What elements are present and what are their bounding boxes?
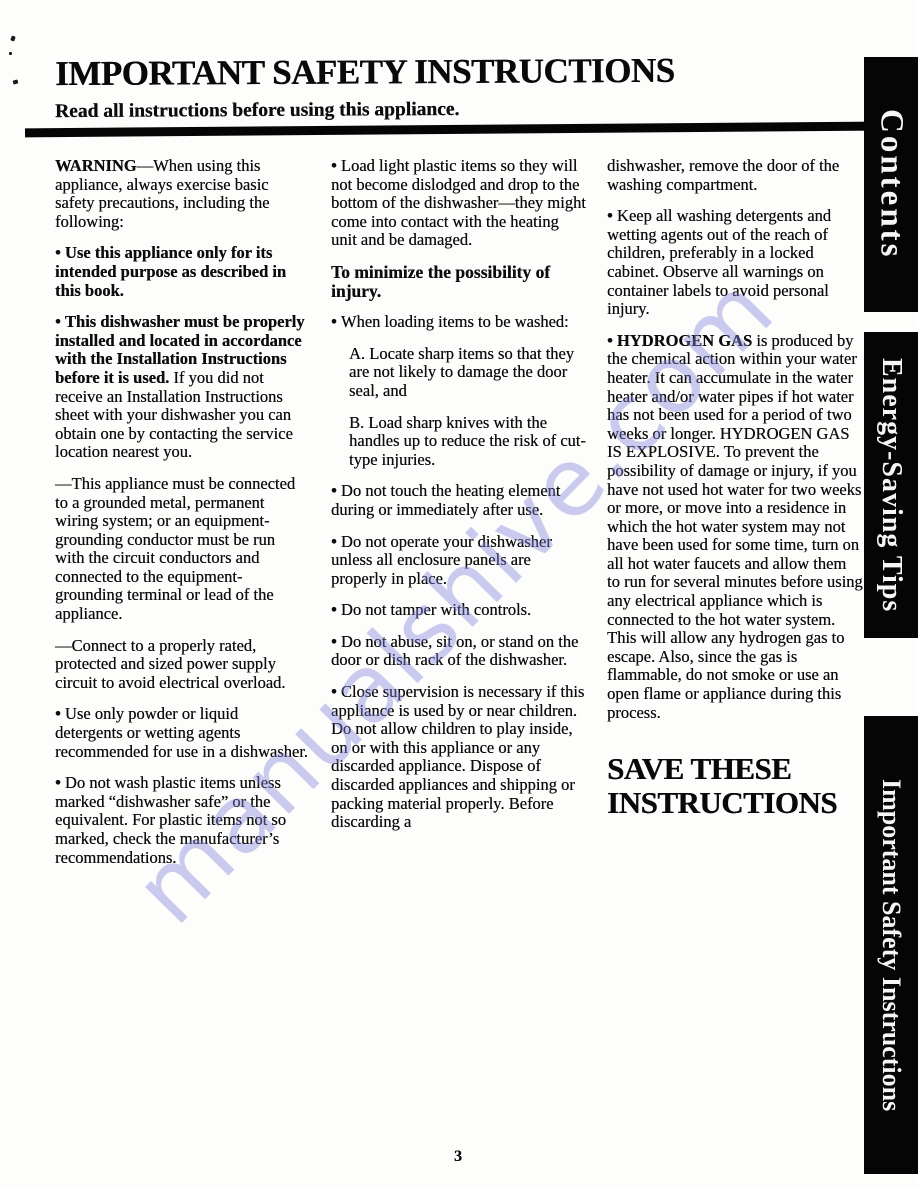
section-subheading: To minimize the possibility of injury. (331, 263, 588, 300)
safety-item: HYDROGEN GAS is produced by the chemical… (607, 332, 863, 722)
tab-important-label: Important Safety Instructions (876, 779, 906, 1111)
safety-item: Do not operate your dishwasher unless al… (331, 533, 588, 589)
page-number: 3 (446, 1148, 470, 1166)
safety-item: —This appliance must be connected to a g… (55, 475, 308, 624)
tab-contents-label: Contents (873, 109, 910, 260)
scan-artifact (10, 35, 15, 41)
safety-item: This dishwasher must be properly install… (55, 313, 308, 462)
header-rule (25, 122, 873, 138)
safety-item: Close supervision is necessary if this a… (331, 683, 588, 832)
column-1: WARNING—When using this appliance, alway… (55, 157, 308, 880)
safety-item: When loading items to be washed: (331, 313, 588, 332)
tab-energy-saving-tips: Energy-Saving Tips (864, 332, 918, 638)
safety-item: Do not abuse, sit on, or stand on the do… (331, 633, 588, 670)
safety-item: Use only powder or liquid detergents or … (55, 705, 308, 761)
page-title: IMPORTANT SAFETY INSTRUCTIONS (55, 50, 845, 94)
tab-contents: Contents (864, 57, 918, 312)
safety-item: Do not touch the heating element during … (331, 482, 588, 519)
safety-item: Keep all washing detergents and wetting … (607, 207, 863, 319)
scan-artifact (9, 52, 12, 55)
safety-subitem-b: B. Load sharp knives with the handles up… (331, 414, 588, 470)
warning-paragraph: WARNING—When using this appliance, alway… (55, 157, 308, 231)
safety-item: Use this appliance only for its intended… (55, 244, 308, 300)
manual-page: IMPORTANT SAFETY INSTRUCTIONS Read all i… (0, 0, 918, 1188)
page-header: IMPORTANT SAFETY INSTRUCTIONS Read all i… (55, 52, 845, 121)
safety-item: Load light plastic items so they will no… (331, 157, 588, 250)
continued-paragraph: dishwasher, remove the door of the washi… (607, 157, 863, 194)
safety-item: —Connect to a properly rated, protected … (55, 637, 308, 693)
tab-energy-label: Energy-Saving Tips (875, 358, 907, 612)
safety-item: Do not wash plastic items unless marked … (55, 774, 308, 867)
safety-subitem-a: A. Locate sharp items so that they are n… (331, 345, 588, 401)
column-3: dishwasher, remove the door of the washi… (607, 157, 863, 820)
scan-artifact (13, 79, 19, 84)
page-subtitle: Read all instructions before using this … (55, 97, 845, 123)
tab-important-safety-instructions: Important Safety Instructions (864, 716, 918, 1174)
save-instructions-heading: SAVE THESE INSTRUCTIONS (607, 752, 863, 820)
safety-item: Do not tamper with controls. (331, 601, 588, 620)
column-2: Load light plastic items so they will no… (331, 157, 588, 845)
